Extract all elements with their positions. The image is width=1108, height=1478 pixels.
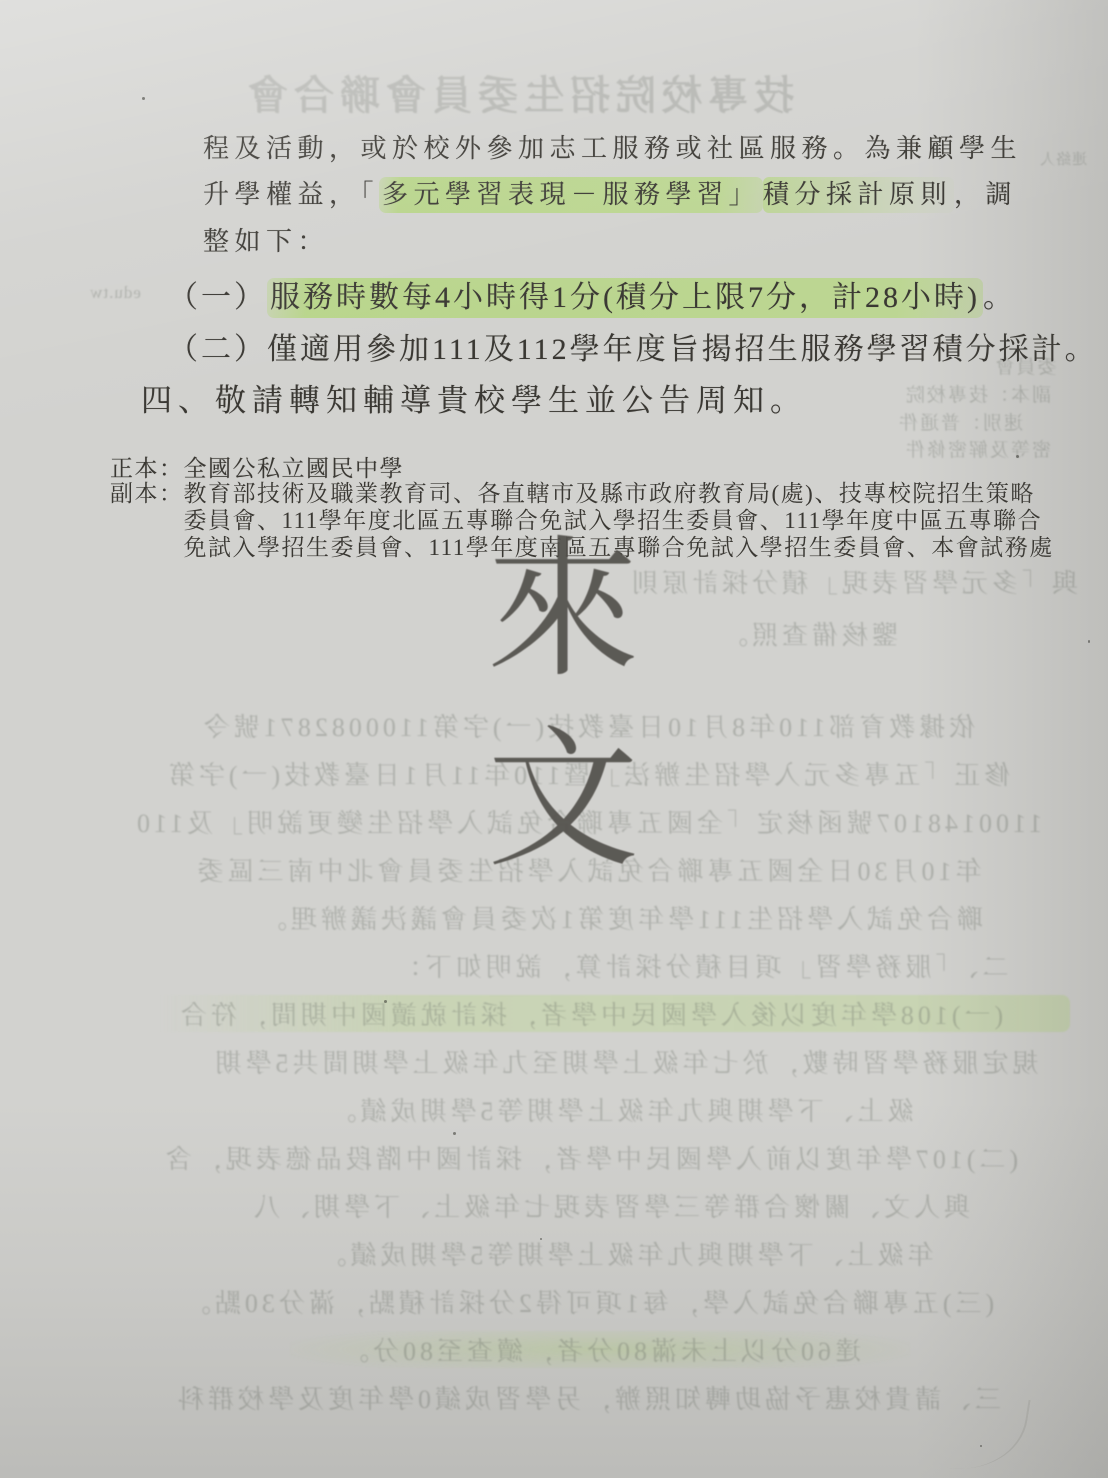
bleed-body-line: 與人文、關懷合群等三學習表現七年級上、下學期、八 <box>160 1187 1060 1224</box>
bleed-margin-line: 副本：技專校院 <box>880 380 1075 407</box>
paragraph-line-2-pre: 升學權益，「 <box>203 180 379 209</box>
dust-speck <box>453 1132 456 1135</box>
paragraph-line-2: 升學權益，「多元學習表現－服務學習」積分採計原則，調 <box>203 174 1017 211</box>
dust-speck <box>142 97 145 100</box>
bleed-body-line: 級上、下學期與九年級上學期等5學期成績。 <box>300 1091 940 1128</box>
highlight-span-service-hours: 服務時數每4小時得1分(積分上限7分，計28小時) <box>267 278 983 318</box>
document-photo: 技專校院招生委員會聯合會 連絡人 edu.tw 委員會 副本：技專校院 速別：普… <box>0 0 1108 1478</box>
service-item-1: （一）服務時數每4小時得1分(積分上限7分，計28小時)。 <box>168 272 1016 316</box>
paragraph-line-3: 整如下： <box>203 221 329 258</box>
paper-crease <box>922 1385 1030 1478</box>
bleed-body-line: 聯合免試入學招生111學年度第1次委員會議決議辦理。 <box>170 899 1070 936</box>
service-item-2: （二）僅適用參加111及112學年度旨揭招生服務學習積分採計。 <box>168 324 1098 368</box>
bleed-body-line: 與「多元學習表現」積分採計原則 <box>618 563 1088 600</box>
incoming-document-stamp: 來 文 <box>487 536 635 876</box>
bleed-body-line: 規定服務學習時數，於七年級上學期至九年級上學期間共5學期 <box>185 1043 1065 1080</box>
bleed-body-line: (三)五專聯合免試入學，每1項可得2分採計積點，滿分30點。 <box>100 1283 1075 1320</box>
dust-speck <box>384 1000 387 1003</box>
bleed-margin-line: 速別：普通件 <box>880 408 1040 435</box>
stamp-char-lai: 來 <box>487 536 635 686</box>
paragraph-line-2-post: ，調 <box>954 180 1017 209</box>
bleed-body-line: 二、「服務學習」項目積分採計算，說明如下： <box>350 947 1050 984</box>
bleed-back-header: 技專校院招生委員會聯合會 <box>238 64 798 121</box>
recipients-original: 正本：全國公私立國民中學 <box>110 450 404 483</box>
dust-speck <box>1016 455 1019 458</box>
dust-speck <box>540 1238 542 1240</box>
dust-speck <box>1088 640 1090 643</box>
bleed-body-line: 鑒核備查照。 <box>648 615 968 652</box>
dust-speck <box>980 1445 982 1447</box>
recipients-original-value: 全國公私立國民中學 <box>184 456 405 481</box>
bleed-body-line: 年級上、下學期與九年級上學期等5學期成績。 <box>185 1235 1065 1272</box>
recipients-original-label: 正本： <box>110 456 184 481</box>
paragraph-line-1: 程及活動，或於校外參加志工服務或社區服務。為兼顧學生 <box>203 128 1022 165</box>
bleed-margin-line: 密等及解密條件 <box>880 435 1075 462</box>
bleed-body-line-highlighted: 達60分以上未滿80分者，續查至80分。 <box>290 1331 910 1368</box>
recipients-cc-line: 教育部技術及職業教育司、各直轄市及縣市政府教育局(處)、技專校院招生策略 <box>184 480 1054 507</box>
bleed-margin-line: 連絡人 <box>1030 148 1096 169</box>
highlight-span-fading: 積分採計原則 <box>763 177 954 213</box>
service-item-1-suffix: 。 <box>983 281 1016 314</box>
service-item-1-prefix: （一） <box>168 281 267 314</box>
bleed-body-line: (二)107學年度以前入學國民中學者，採計國中階段品德表現，含 <box>110 1139 1070 1176</box>
recipients-cc-label: 副本： <box>110 480 184 507</box>
stamp-char-wen: 文 <box>487 726 635 876</box>
notice-item-4: 四、敬請轉知輔導貴校學生並公告周知。 <box>141 375 807 420</box>
bleed-body-line-highlighted: (一)108學年度以後入學國民中學者，採計就讀國中期間，符合 <box>110 995 1070 1032</box>
bleed-margin-line: edu.tw <box>55 283 175 303</box>
highlight-span-multi-learning: 多元學習表現－服務學習」 <box>379 177 763 213</box>
